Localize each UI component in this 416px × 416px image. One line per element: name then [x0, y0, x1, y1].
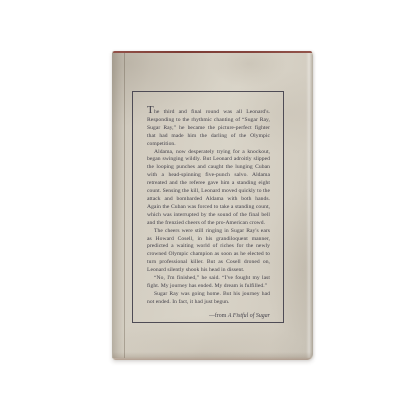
book-bottom-edge	[113, 352, 312, 360]
excerpt-paragraph: “No, I'm finished,” he said. “I've fough…	[147, 275, 270, 291]
book-photo: The third and final round was all Leonar…	[0, 0, 416, 416]
excerpt-paragraph: The cheers were still ringing in Sugar R…	[147, 228, 270, 275]
excerpt-paragraph: The third and final round was all Leonar…	[147, 109, 270, 149]
excerpt-frame: The third and final round was all Leonar…	[132, 91, 284, 323]
jacket-spine-fold	[112, 53, 125, 358]
excerpt-paragraph: Sugar Ray was going home. But his journe…	[147, 291, 270, 307]
book-back-cover: The third and final round was all Leonar…	[112, 51, 313, 360]
excerpt-paragraph: Aldama, now desperately trying for a kno…	[147, 149, 270, 228]
drop-cap: T	[147, 104, 154, 116]
book-board-top-edge	[113, 51, 312, 53]
book-right-edge	[306, 53, 313, 358]
excerpt-text: The third and final round was all Leonar…	[147, 109, 270, 321]
excerpt-paragraph-text: he third and final round was all Leonard…	[147, 109, 270, 147]
attribution-book-title: A Fistful of Sugar	[228, 313, 270, 319]
attribution: —from A Fistful of Sugar	[147, 313, 270, 321]
attribution-prefix: —from	[209, 313, 228, 319]
